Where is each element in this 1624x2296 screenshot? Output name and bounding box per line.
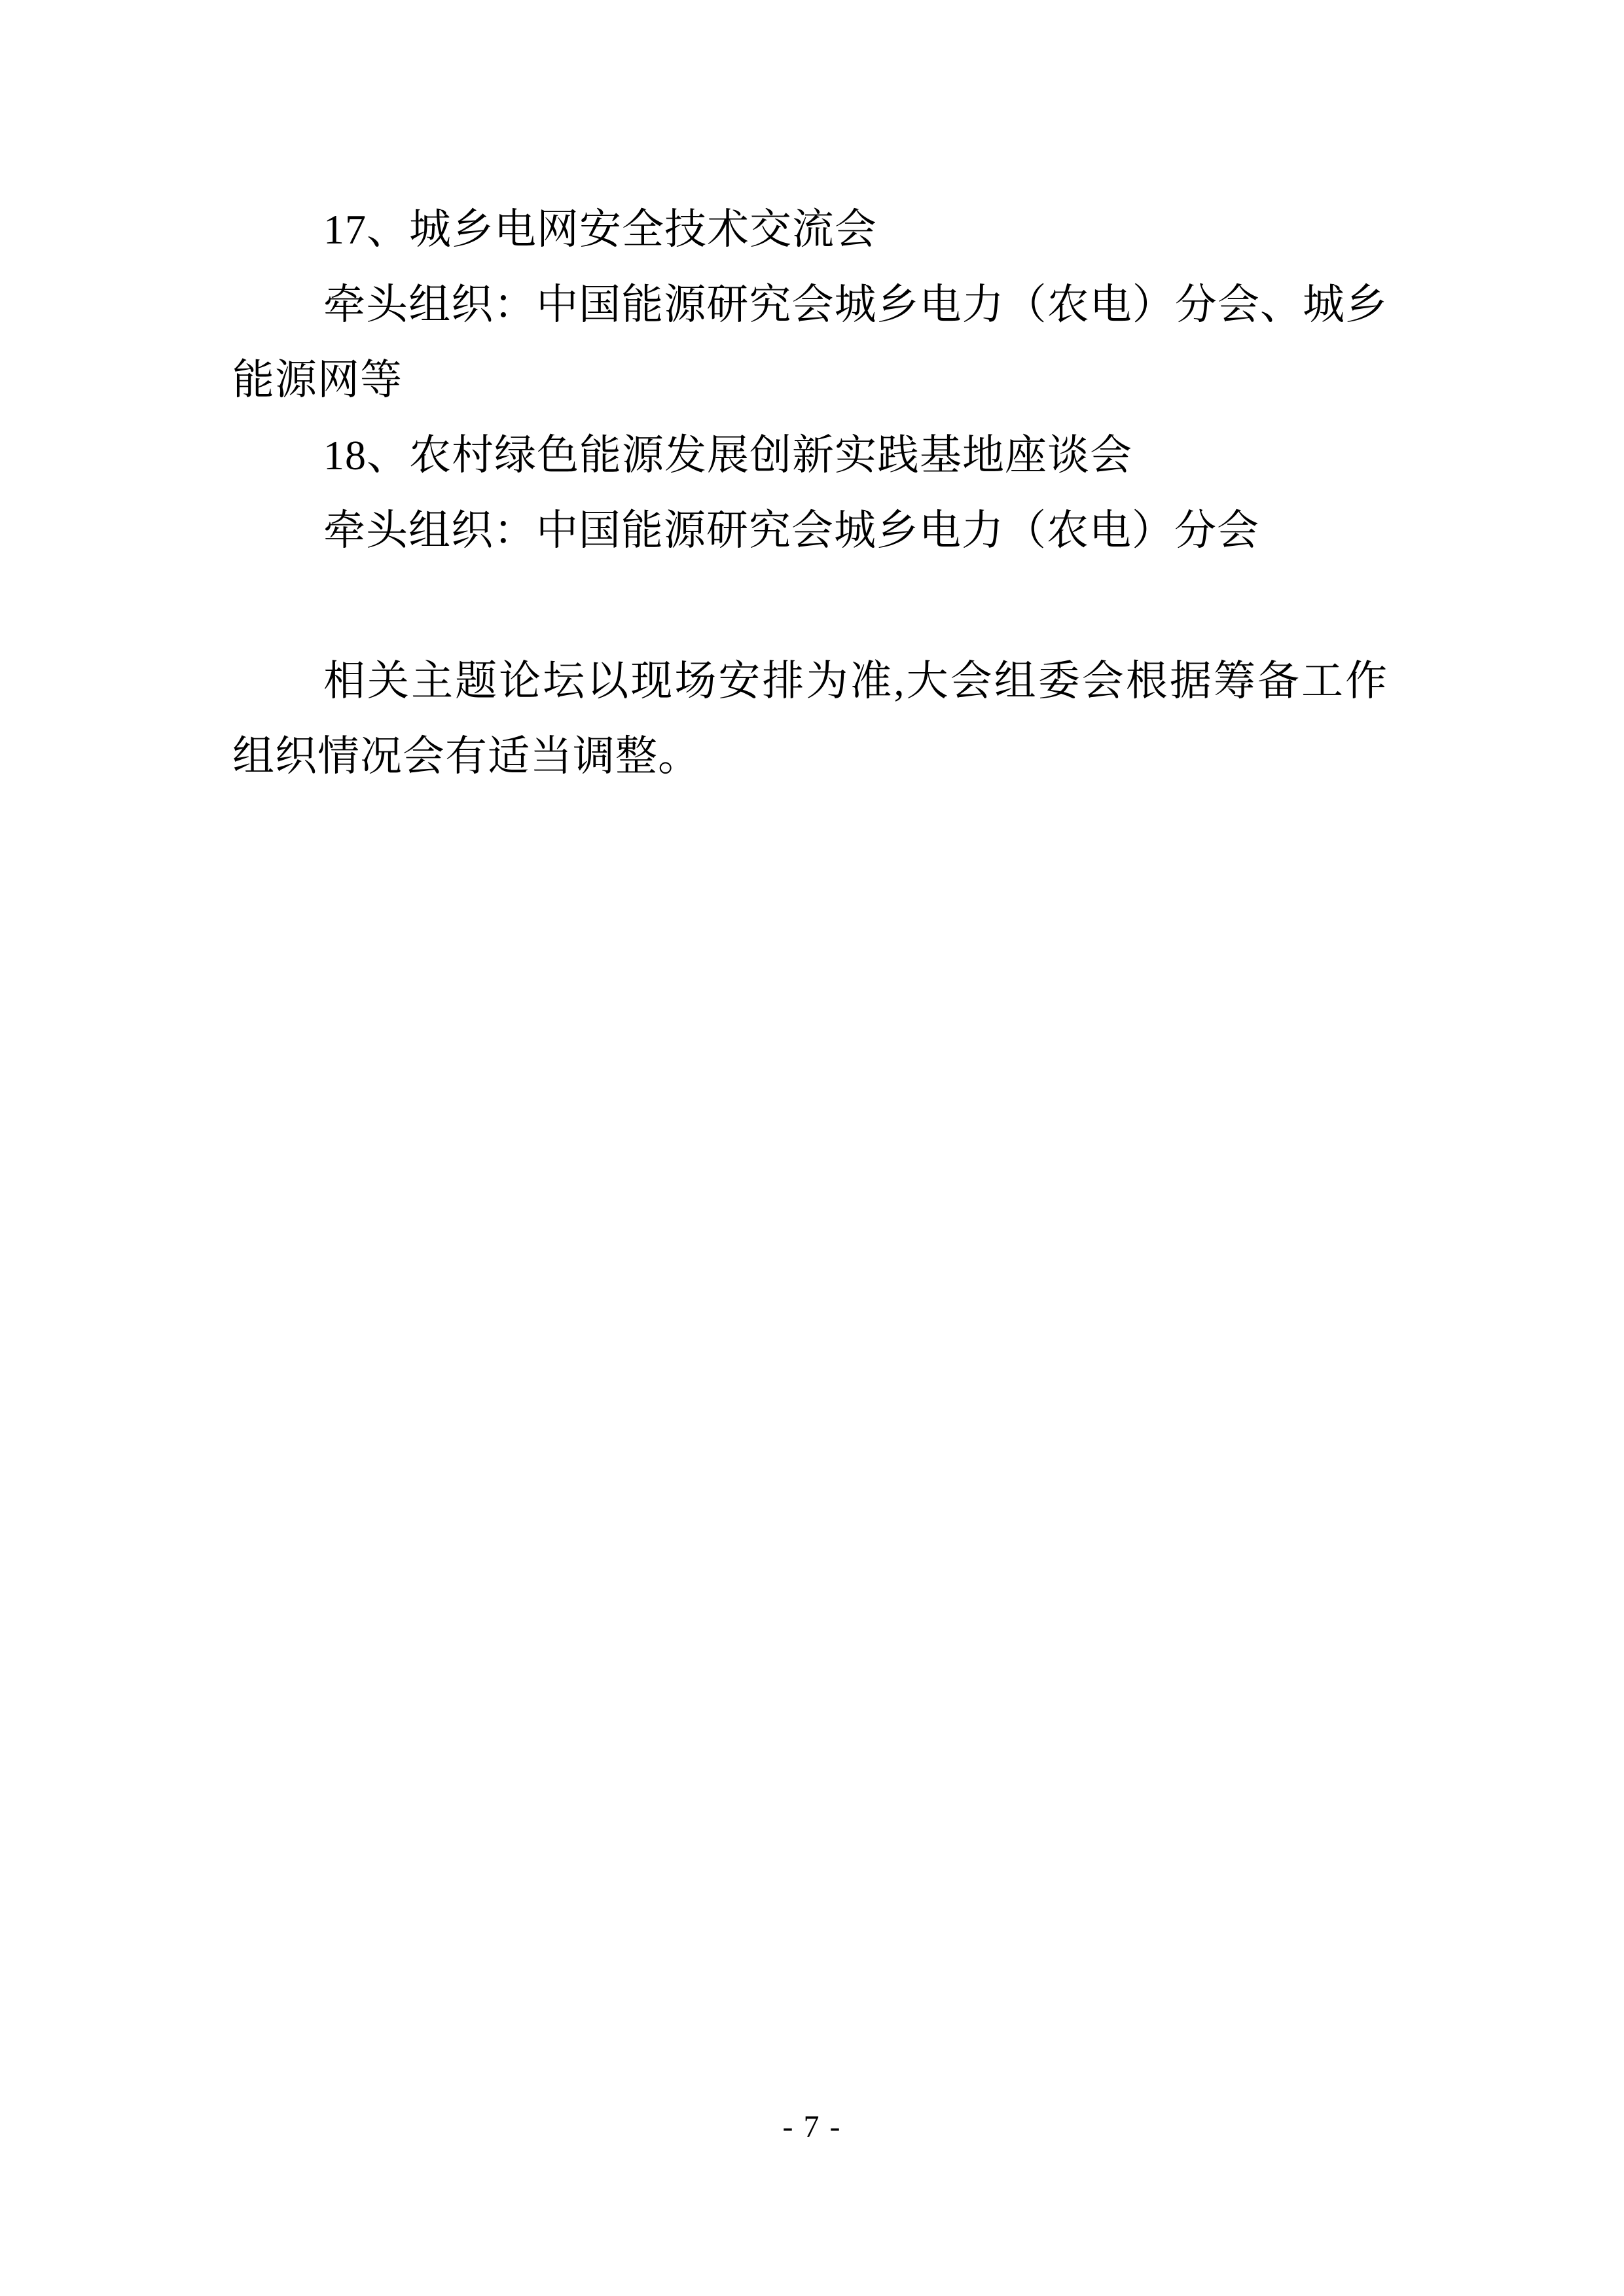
blank-line <box>232 568 1388 643</box>
topic-18-lead-organization: 牵头组织：中国能源研究会城乡电力（农电）分会 <box>232 493 1388 568</box>
document-body: 17、城乡电网安全技术交流会 牵头组织：中国能源研究会城乡电力（农电）分会、城乡… <box>232 192 1388 794</box>
topic-18-heading: 18、农村绿色能源发展创新实践基地座谈会 <box>232 418 1388 493</box>
document-page: 17、城乡电网安全技术交流会 牵头组织：中国能源研究会城乡电力（农电）分会、城乡… <box>0 0 1624 2296</box>
topic-17-lead-organization: 牵头组织：中国能源研究会城乡电力（农电）分会、城乡能源网等 <box>232 267 1388 418</box>
page-number: - 7 - <box>0 2109 1624 2145</box>
topic-17-heading: 17、城乡电网安全技术交流会 <box>232 192 1388 267</box>
closing-note: 相关主题论坛以现场安排为准,大会组委会根据筹备工作组织情况会有适当调整。 <box>232 643 1388 794</box>
